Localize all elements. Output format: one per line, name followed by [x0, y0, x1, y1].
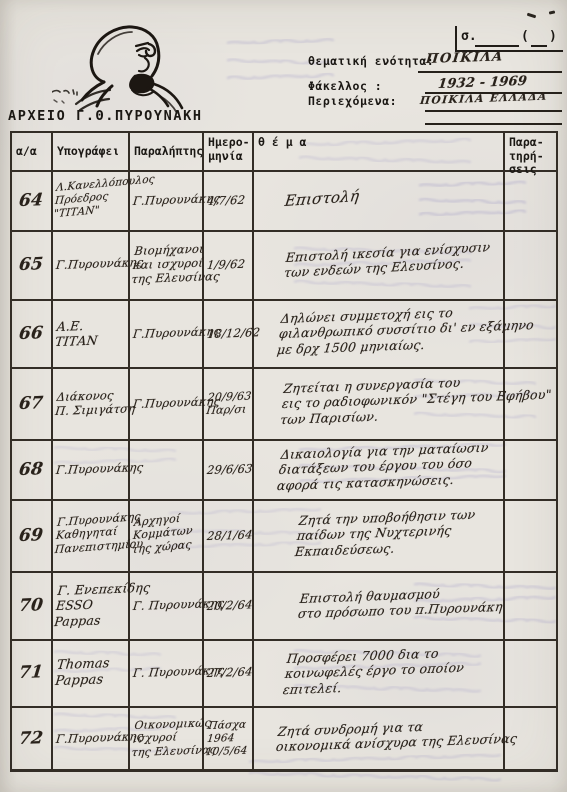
row-67-recipient-cell: Γ.Πυρουνάκης	[130, 369, 204, 441]
date-text: 28/1/64	[206, 527, 253, 543]
field-rule	[425, 110, 562, 112]
row-number: 69	[18, 525, 44, 547]
date-text: 27/2/64	[206, 665, 253, 681]
portrait-sketch	[52, 20, 212, 120]
row-number: 64	[18, 190, 44, 212]
field-rule	[418, 71, 562, 73]
subject-text: Δικαιολογία για την ματαίωσιν διατάξεων …	[276, 440, 489, 493]
column-header-num: α/α	[12, 133, 53, 172]
pageno-prefix: σ.	[461, 29, 477, 44]
row-69-subject-cell: Ζητά την υποβοήθησιν των παίδων της Νυχτ…	[254, 501, 505, 573]
signer-text: Α.Ε. ΤΙΤΑΝ	[54, 317, 100, 349]
page-number-field: σ. ( )	[455, 26, 563, 52]
archive-title: ΑΡΧΕΙΟ Γ.Θ.ΠΥΡΟΥΝΑΚΗ	[8, 108, 203, 124]
row-70-date-cell: 20/2/64	[204, 573, 254, 641]
pageno-bracket-line	[455, 26, 457, 50]
pageno-blank-line-small	[531, 45, 547, 47]
row-71-subject-cell: Προσφέρει 7000 δια το κοινωφελές έργο το…	[254, 641, 505, 708]
date-text: Πάσχα 1964 10/5/64	[205, 718, 251, 758]
row-70-notes-cell	[505, 573, 556, 641]
subject-text: Επιστολή θαυμασμού στο πρόσωπο του π.Πυρ…	[297, 584, 505, 622]
row-69-recipient-cell: Αρχηγοί Κομμάτων της χώρας	[130, 501, 204, 573]
row-71-notes-cell	[505, 641, 556, 708]
field-label-thematic-unit: θεματική ενότητα:	[308, 54, 434, 68]
row-69-signer-cell: Γ.Πυρουνάκης Καθηγηταί Πανεπιστημίου	[53, 501, 130, 573]
recipient-text: Αρχηγοί Κομμάτων της χώρας	[132, 510, 195, 556]
row-number: 71	[18, 662, 44, 684]
subject-text: Προσφέρει 7000 δια το κοινωφελές έργο το…	[282, 644, 467, 696]
column-header-recipient: Παραλήπτης	[130, 133, 204, 172]
row-69-date-cell: 28/1/64	[204, 501, 254, 573]
row-66-subject-cell: Δηλώνει συμμετοχή εις το φιλανθρωπικό συ…	[254, 301, 505, 369]
row-68-num-cell: 68	[12, 441, 53, 501]
subject-text: Επιστολή ικεσία για ενίσχυσιν των ενδεών…	[283, 239, 491, 280]
signer-text: Διάκονος Π. Σιμιγάτση	[55, 387, 138, 418]
row-72-notes-cell	[505, 708, 556, 770]
pageno-paren-close: )	[549, 29, 557, 44]
subject-text: Ζητά την υποβοήθησιν των παίδων της Νυχτ…	[294, 507, 476, 559]
row-number: 66	[18, 323, 44, 345]
row-64-signer-cell: Λ.Κανελλόπουλος Πρόεδρος "ΤΙΤΑΝ"	[53, 172, 130, 232]
scanned-archive-page: ΑΡΧΕΙΟ Γ.Θ.ΠΥΡΟΥΝΑΚΗ σ. ( ) θεματική ενό…	[0, 0, 567, 792]
row-70-signer-cell: Γ. Ενεπεκίδης ESSO Pappas	[53, 573, 130, 641]
row-number: 68	[18, 459, 44, 481]
row-69-num-cell: 69	[12, 501, 53, 573]
subject-text: Δηλώνει συμμετοχή εις το φιλανθρωπικό συ…	[276, 302, 536, 357]
row-70-num-cell: 70	[12, 573, 53, 641]
row-71-date-cell: 27/2/64	[204, 641, 254, 708]
row-66-recipient-cell: Γ.Πυρουνάκης	[130, 301, 204, 369]
row-65-recipient-cell: Βιομήχανοι και ισχυροί της Ελευσίνας	[130, 232, 204, 301]
field-label-folder: Φάκελλος :	[308, 79, 382, 93]
row-number: 65	[18, 254, 44, 276]
date-text: 18/12/62	[206, 325, 261, 341]
column-header-notes: Παρα- τηρή- σεις	[505, 133, 556, 172]
row-71-recipient-cell: Γ. Πυρουνάκης	[130, 641, 204, 708]
row-67-subject-cell: Ζητείται η συνεργασία του εις το ραδιοφω…	[254, 369, 505, 441]
row-number: 70	[18, 595, 44, 617]
date-text: 20/9/63 Παρ/σι	[206, 389, 253, 417]
row-number: 67	[18, 393, 44, 415]
pageno-blank-line	[475, 45, 519, 47]
field-value-folder: 1932 - 1969	[437, 74, 528, 93]
row-68-notes-cell	[505, 441, 556, 501]
date-text: 4/7/62	[206, 193, 246, 208]
row-65-subject-cell: Επιστολή ικεσία για ενίσχυσιν των ενδεών…	[254, 232, 505, 301]
row-66-notes-cell	[505, 301, 556, 369]
catalog-table: α/αΥπογράφειΠαραλήπτηςΗμερο- μηνίαθ έ μ …	[12, 133, 556, 770]
row-67-num-cell: 67	[12, 369, 53, 441]
ink-speck	[549, 10, 555, 14]
row-72-recipient-cell: Οικονομικώς ισχυροί της Ελευσίνας	[130, 708, 204, 770]
row-70-subject-cell: Επιστολή θαυμασμού στο πρόσωπο του π.Πυρ…	[254, 573, 505, 641]
row-72-num-cell: 72	[12, 708, 53, 770]
field-label-contents: Περιεχόμενα:	[308, 94, 397, 108]
row-68-subject-cell: Δικαιολογία για την ματαίωσιν διατάξεων …	[254, 441, 505, 501]
row-67-date-cell: 20/9/63 Παρ/σι	[204, 369, 254, 441]
row-72-date-cell: Πάσχα 1964 10/5/64	[204, 708, 254, 770]
field-rule	[425, 123, 562, 125]
row-65-date-cell: 1/9/62	[204, 232, 254, 301]
subject-text: Επιστολή	[284, 187, 361, 211]
row-68-date-cell: 29/6/63	[204, 441, 254, 501]
row-71-num-cell: 71	[12, 641, 53, 708]
pageno-paren-open: (	[521, 29, 529, 44]
row-65-notes-cell	[505, 232, 556, 301]
row-68-signer-cell: Γ.Πυρουνάκης	[53, 441, 130, 501]
row-67-signer-cell: Διάκονος Π. Σιμιγάτση	[53, 369, 130, 441]
row-72-subject-cell: Ζητά συνδρομή για τα οικονομικά ανίσχυρα…	[254, 708, 505, 770]
row-64-recipient-cell: Γ.Πυρουνάκης	[130, 172, 204, 232]
column-header-subject: θ έ μ α	[254, 133, 505, 172]
column-header-label: Παρα- τηρή- σεις	[509, 136, 544, 177]
column-header-label: θ έ μ α	[258, 136, 306, 150]
row-number: 72	[18, 728, 44, 750]
row-69-notes-cell	[505, 501, 556, 573]
signer-text: Thomas Pappas	[54, 656, 110, 690]
row-64-num-cell: 64	[12, 172, 53, 232]
column-header-label: α/α	[16, 145, 37, 159]
row-65-num-cell: 65	[12, 232, 53, 301]
row-68-recipient-cell	[130, 441, 204, 501]
row-64-subject-cell: Επιστολή	[254, 172, 505, 232]
field-value-thematic-unit: ΠΟΙΚΙΛΑ	[425, 49, 504, 68]
date-text: 1/9/62	[206, 257, 246, 272]
column-header-label: Ημερο- μηνία	[208, 136, 250, 163]
date-text: 29/6/63	[206, 461, 253, 477]
column-header-signer: Υπογράφει	[53, 133, 130, 172]
row-70-recipient-cell: Γ. Πυρουνάκης	[130, 573, 204, 641]
subject-text: Ζητά συνδρομή για τα οικονομικά ανίσχυρα…	[275, 715, 520, 754]
ink-speck	[527, 13, 536, 19]
row-67-notes-cell	[505, 369, 556, 441]
row-65-signer-cell: Γ.Πυρουνάκης	[53, 232, 130, 301]
row-64-date-cell: 4/7/62	[204, 172, 254, 232]
date-text: 20/2/64	[206, 597, 253, 613]
row-72-signer-cell: Γ.Πυρουνάκης	[53, 708, 130, 770]
row-71-signer-cell: Thomas Pappas	[53, 641, 130, 708]
row-66-date-cell: 18/12/62	[204, 301, 254, 369]
column-header-date: Ημερο- μηνία	[204, 133, 254, 172]
column-header-label: Υπογράφει	[57, 145, 119, 159]
column-header-label: Παραλήπτης	[134, 145, 203, 159]
row-64-notes-cell	[505, 172, 556, 232]
row-66-num-cell: 66	[12, 301, 53, 369]
row-66-signer-cell: Α.Ε. ΤΙΤΑΝ	[53, 301, 130, 369]
